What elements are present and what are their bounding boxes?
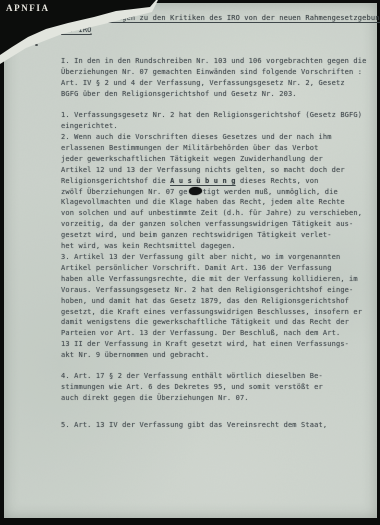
text-line: 5. Art. 13 IV der Verfassung gibt das Ve… (61, 420, 377, 431)
ink-blot (188, 186, 202, 195)
text-line: 3. Artikel 13 der Verfassung gilt aber n… (61, 252, 377, 263)
text-line: Artikel persönlicher Vorschrift. Damit A… (61, 263, 377, 274)
underlined-spaced-word: A u s ü b u n g (170, 177, 235, 185)
text-line: Art. IV § 2 und 4 der Verfassung, Verfas… (61, 78, 377, 89)
text-line: BGFG über den Religionsgerichtshof und G… (61, 89, 377, 100)
text-segment: tigt werden muß, unmöglich, die (203, 188, 338, 196)
text-line: eingerichtet. (61, 121, 377, 132)
text-line: von solchen und auf unbestimmte Zeit (d.… (61, 208, 377, 219)
text-line: hoben, und damit hat das Gesetz 1879, da… (61, 296, 377, 307)
text-line: Artikel 12 und 13 der Verfassung nichts … (61, 165, 377, 176)
text-line: auch direkt gegen die Überziehungen Nr. … (61, 393, 377, 404)
paper-sheet: Kurze Bemerkungen zu den Kritiken des IR… (4, 3, 377, 518)
text-line: het wird, was kein Rechtsmittel dagegen. (61, 241, 377, 252)
paragraph-5: 5. Art. 13 IV der Verfassung gibt das Ve… (61, 420, 377, 431)
archive-stamp-label: APNFIA (6, 3, 50, 13)
paragraph-1: 1. Verfassungsgesetz Nr. 2 hat den Relig… (61, 110, 377, 132)
text-line: akt Nr. 9 übernommen und gebracht. (61, 350, 377, 361)
text-line: haben alle Verfassungsrechte, die mit de… (61, 274, 377, 285)
text-segment: zwölf Überziehungen Nr. 07 ge (61, 188, 188, 196)
text-line: vorzeitig, da der ganzen solchen verfass… (61, 219, 377, 230)
text-line: 4. Art. 17 § 2 der Verfassung enthält wö… (61, 371, 377, 382)
text-line: gesetzt, die Kraft eines verfassungswidr… (61, 307, 377, 318)
text-segment: dieses Rechts, von (236, 177, 319, 185)
paragraph-4: 4. Art. 17 § 2 der Verfassung enthält wö… (61, 371, 377, 404)
typewritten-text-layer: Kurze Bemerkungen zu den Kritiken des IR… (4, 3, 377, 518)
scanned-document-page: Kurze Bemerkungen zu den Kritiken des IR… (0, 0, 380, 525)
text-segment: Religionsgerichtshof die (61, 177, 170, 185)
paragraph-2: 2. Wenn auch die Vorschriften dieses Ges… (61, 132, 377, 252)
text-line: Parteien vor Art. 13 der Verfassung. Der… (61, 328, 377, 339)
text-line-with-blot: zwölf Überziehungen Nr. 07 getigt werden… (61, 187, 377, 198)
text-line: 2. Wenn auch die Vorschriften dieses Ges… (61, 132, 377, 143)
scan-speck (90, 33, 92, 35)
text-line: jeder gewerkschaftlichen Tätigkeit wegen… (61, 154, 377, 165)
text-line-emphasized: Religionsgerichtshof die A u s ü b u n g… (61, 176, 377, 187)
text-line: damit wenigstens die gewerkschaftliche T… (61, 317, 377, 328)
paragraph-intro: I. In den in den Rundschreiben Nr. 103 u… (61, 56, 377, 100)
text-line: 1. Verfassungsgesetz Nr. 2 hat den Relig… (61, 110, 377, 121)
text-line: Klagevollmachten und die Klage haben das… (61, 197, 377, 208)
text-line: Überziehungen Nr. 07 gemachten Einwänden… (61, 67, 377, 78)
text-line: 13 II der Verfassung in Kraft gesetzt wi… (61, 339, 377, 350)
text-line: Voraus. Verfassungsgesetz Nr. 2 hat den … (61, 285, 377, 296)
paragraph-3: 3. Artikel 13 der Verfassung gilt aber n… (61, 252, 377, 361)
text-line: gesetzt wird, und beim ganzen rechtswidr… (61, 230, 377, 241)
text-line: stimmungen wie Art. 6 des Dekretes 95, u… (61, 382, 377, 393)
text-line: erlassenen Bestimmungen der Militärbehör… (61, 143, 377, 154)
text-line: I. In den in den Rundschreiben Nr. 103 u… (61, 56, 377, 67)
title-line: der IRO (61, 24, 377, 36)
